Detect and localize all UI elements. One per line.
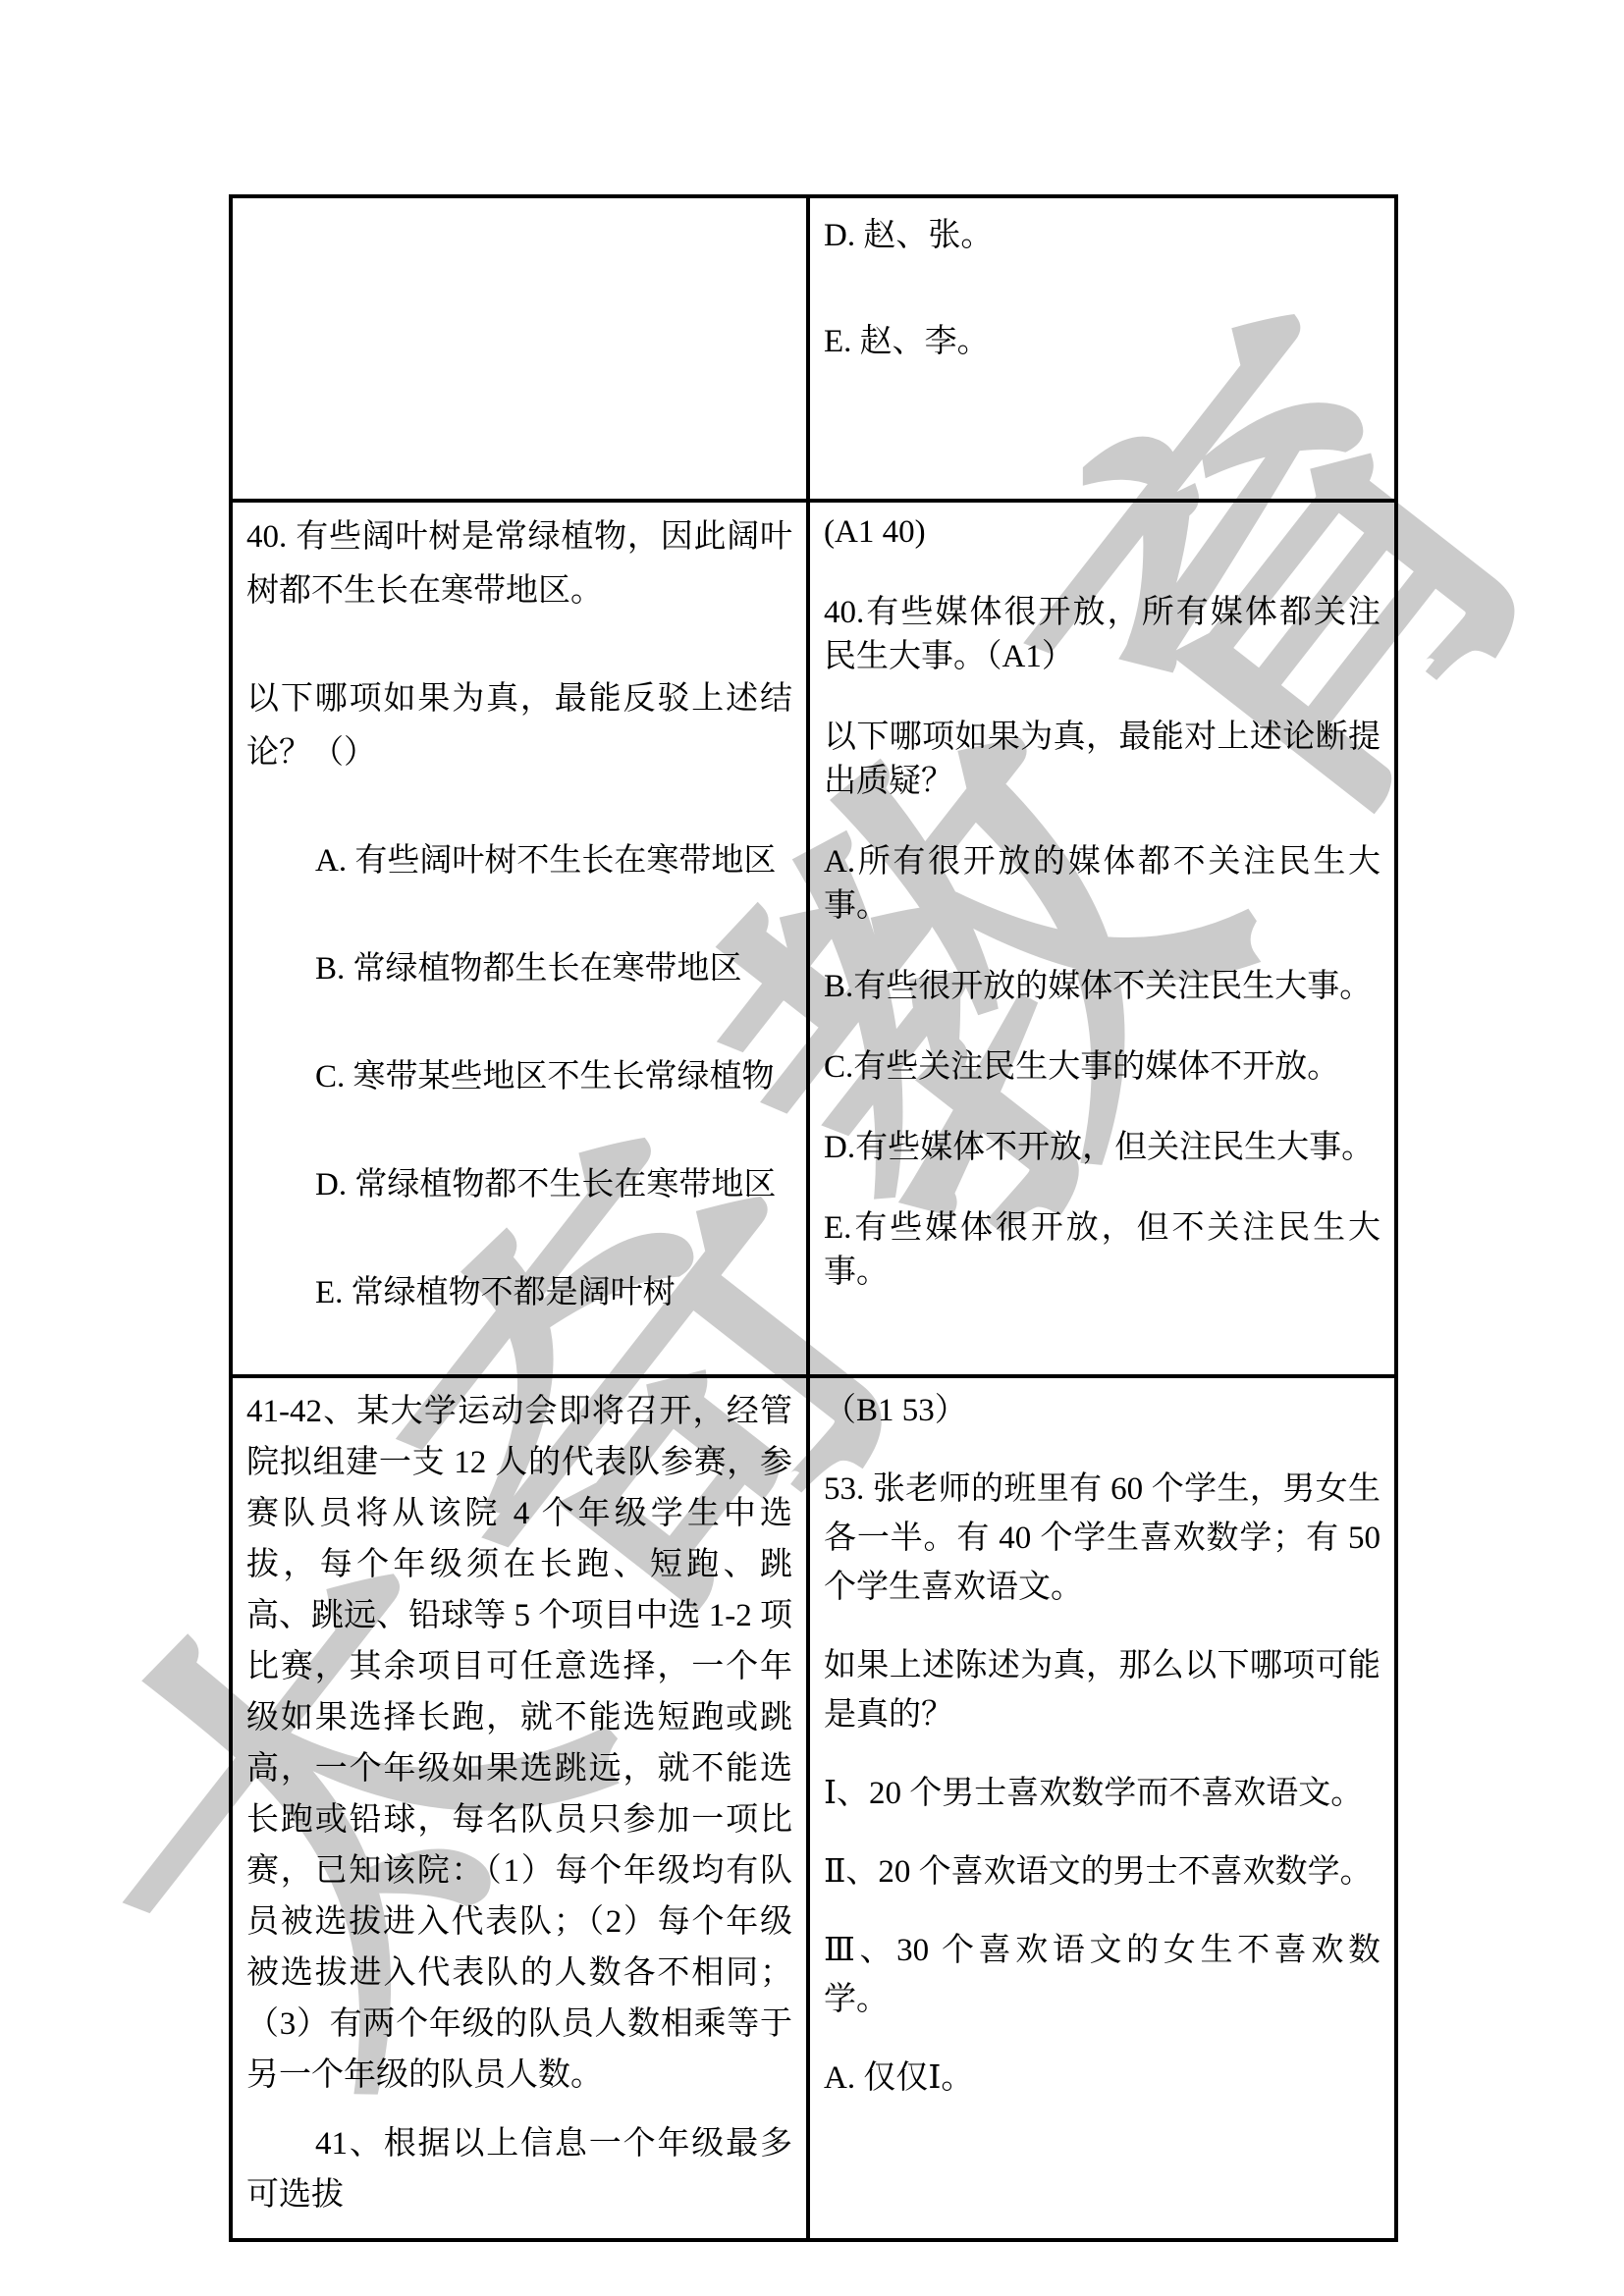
answer-option: D.有些媒体不开放，但关注民生大事。: [824, 1126, 1380, 1170]
answer-option: D. 常绿植物都不生长在寒带地区: [315, 1158, 792, 1212]
document-page: 太奇教育 D. 赵、张。 E. 赵、李。 40. 有些阔叶树是常绿植物，因此阔叶…: [0, 0, 1624, 2296]
statement-item: Ⅲ、30 个喜欢语文的女生不喜欢数学。: [824, 1926, 1380, 2024]
question-tag: （B1 53）: [824, 1386, 1380, 1435]
statement-item: Ⅰ、20 个男士喜欢数学而不喜欢语文。: [824, 1769, 1380, 1818]
question-prompt: 以下哪项如果为真，最能反驳上述结论？（）: [246, 672, 792, 780]
answer-option: D. 赵、张。: [824, 212, 1380, 259]
question-tag: (A1 40): [824, 510, 1380, 555]
answer-option: A. 有些阔叶树不生长在寒带地区: [315, 834, 792, 888]
question-prompt: 如果上述陈述为真，那么以下哪项可能是真的？: [824, 1641, 1380, 1739]
cell-question-40-left: 40. 有些阔叶树是常绿植物，因此阔叶树都不生长在寒带地区。 以下哪项如果为真，…: [231, 501, 808, 1376]
cell-question-40-right: (A1 40) 40.有些媒体很开放，所有媒体都关注民生大事。（A1） 以下哪项…: [808, 501, 1396, 1376]
answer-option: C.有些关注民生大事的媒体不开放。: [824, 1045, 1380, 1090]
table-row: 40. 有些阔叶树是常绿植物，因此阔叶树都不生长在寒带地区。 以下哪项如果为真，…: [231, 501, 1396, 1376]
question-stem: 41-42、某大学运动会即将召开，经管院拟组建一支 12 人的代表队参赛，参赛队…: [246, 1386, 792, 2101]
table-row: 41-42、某大学运动会即将召开，经管院拟组建一支 12 人的代表队参赛，参赛队…: [231, 1376, 1396, 2240]
table-row: D. 赵、张。 E. 赵、李。: [231, 196, 1396, 501]
answer-option: E. 赵、李。: [824, 318, 1380, 365]
question-stem: 40. 有些阔叶树是常绿植物，因此阔叶树都不生长在寒带地区。: [246, 510, 792, 618]
answer-option: B. 常绿植物都生长在寒带地区: [315, 942, 792, 996]
question-stem: 53. 张老师的班里有 60 个学生，男女生各一半。有 40 个学生喜欢数学；有…: [824, 1465, 1380, 1612]
cell-question-53-right: （B1 53） 53. 张老师的班里有 60 个学生，男女生各一半。有 40 个…: [808, 1376, 1396, 2240]
question-table: D. 赵、张。 E. 赵、李。 40. 有些阔叶树是常绿植物，因此阔叶树都不生长…: [229, 194, 1398, 2242]
cell-question-41-42-left: 41-42、某大学运动会即将召开，经管院拟组建一支 12 人的代表队参赛，参赛队…: [231, 1376, 808, 2240]
answer-option: A.所有很开放的媒体都不关注民生大事。: [824, 840, 1380, 929]
answer-option: C. 寒带某些地区不生长常绿植物: [315, 1050, 792, 1104]
answer-option: B.有些很开放的媒体不关注民生大事。: [824, 965, 1380, 1009]
statement-item: Ⅱ、20 个喜欢语文的男士不喜欢数学。: [824, 1847, 1380, 1896]
answer-option: E.有些媒体很开放，但不关注民生大事。: [824, 1206, 1380, 1295]
question-prompt: 41、根据以上信息一个年级最多可选拔: [246, 2118, 792, 2220]
answer-option: A. 仅仅Ⅰ。: [824, 2054, 1380, 2103]
cell-row1-right: D. 赵、张。 E. 赵、李。: [808, 196, 1396, 501]
cell-row1-left-empty: [231, 196, 808, 501]
question-stem: 40.有些媒体很开放，所有媒体都关注民生大事。（A1）: [824, 591, 1380, 679]
answer-option: E. 常绿植物不都是阔叶树: [315, 1266, 792, 1320]
question-prompt: 以下哪项如果为真，最能对上述论断提出质疑？: [824, 716, 1380, 804]
